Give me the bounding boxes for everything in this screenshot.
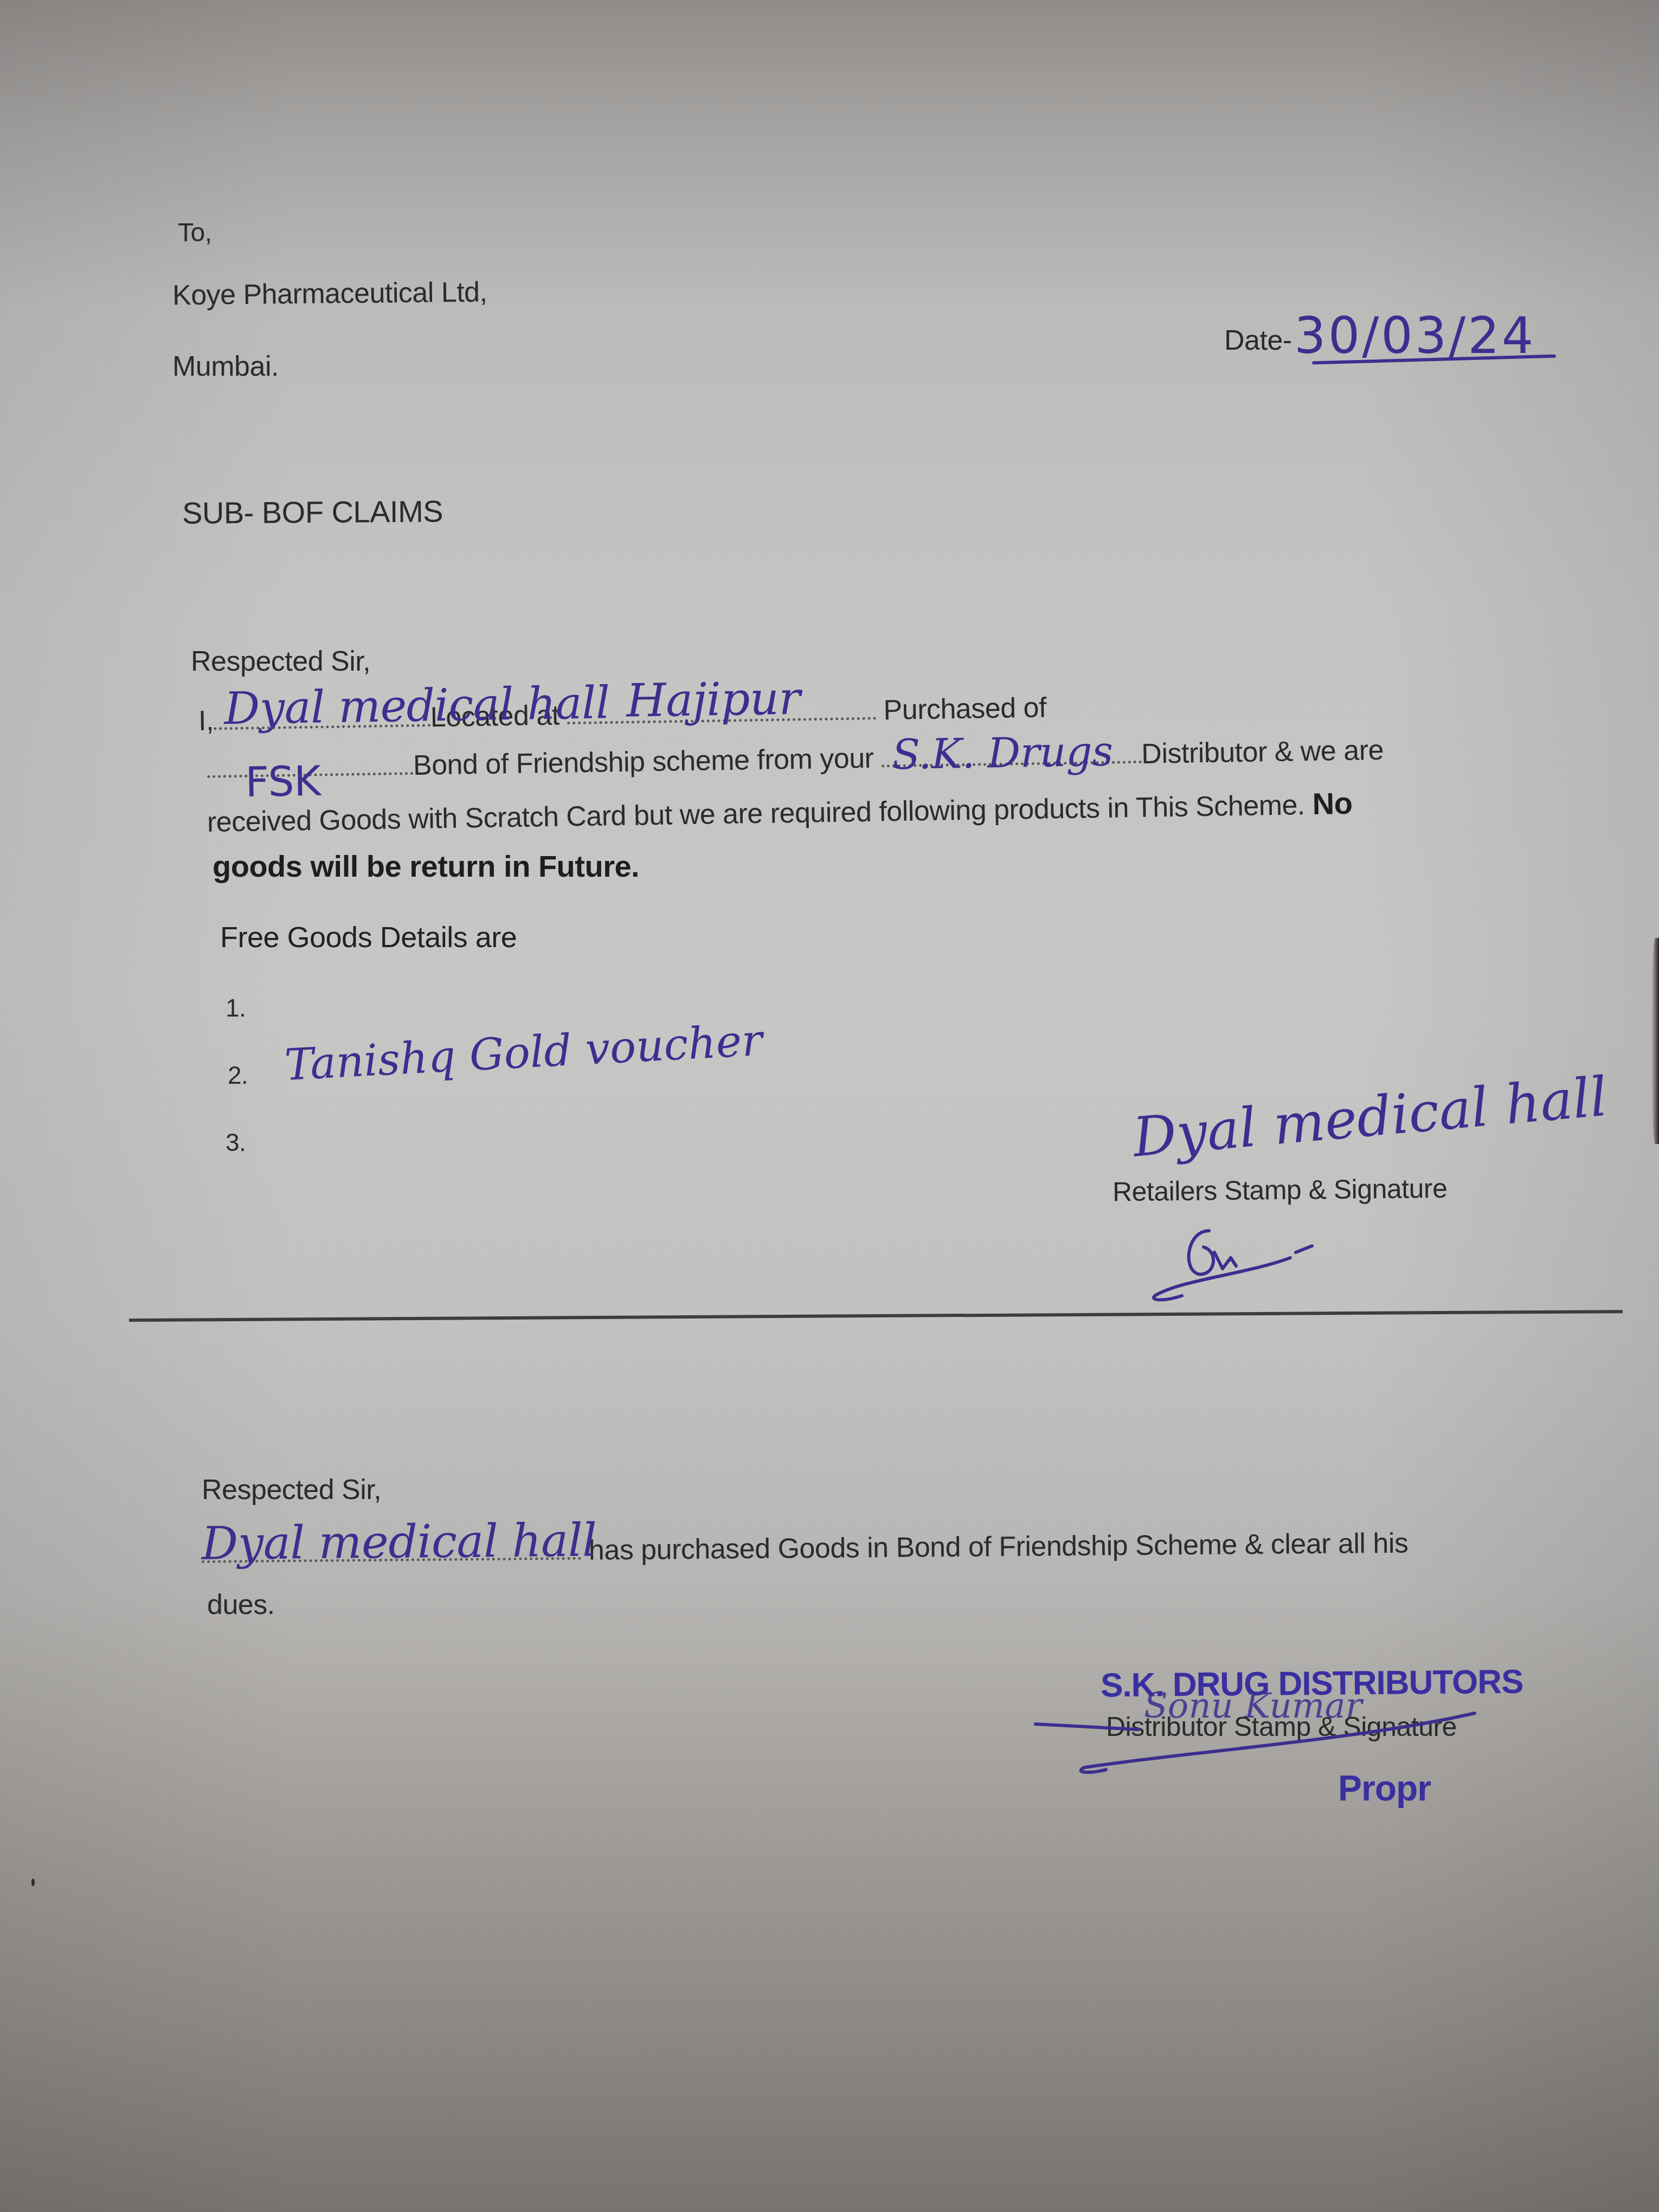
- free-goods-item-2: Tanishq Gold voucher: [284, 1015, 764, 1090]
- free-goods-heading: Free Goods Details are: [220, 921, 517, 954]
- distributor-statement-end: dues.: [207, 1589, 275, 1621]
- line3-text: received Goods with Scratch Card but we …: [207, 789, 1306, 838]
- distributor-signature-stroke: [1030, 1702, 1518, 1773]
- recipient-city: Mumbai.: [172, 350, 279, 383]
- retailer-signature-label: Retailers Stamp & Signature: [1113, 1173, 1448, 1207]
- page-edge-shadow: [1651, 938, 1659, 1144]
- retailer-name-handwritten: Dyal medical hall: [224, 677, 610, 735]
- date-label: Date-: [1224, 325, 1292, 356]
- line1-prefix: I,: [198, 705, 214, 737]
- distributor-stamp-role: Propr: [1338, 1767, 1431, 1809]
- distributor-statement-line: Dyal medical hall has purchased Goods in…: [202, 1527, 1409, 1570]
- purchased-of-label: Purchased of: [883, 692, 1046, 726]
- retailer-greeting: Respected Sir,: [191, 645, 370, 678]
- subject-line: SUB- BOF CLAIMS: [182, 493, 443, 530]
- claim-line-4: goods will be return in Future.: [213, 848, 639, 884]
- line2-suffix: Distributor & we are: [1141, 735, 1384, 770]
- date-field: Date- 30/03/24: [1224, 304, 1535, 362]
- distributor-handwritten: S.K. Drugs: [892, 727, 1114, 779]
- retailer-name-field-2: Dyal medical hall: [202, 1546, 581, 1563]
- line3-bold: No: [1312, 786, 1353, 821]
- scheme-qty-field: FSK: [207, 761, 413, 778]
- paper-speck: [31, 1879, 35, 1886]
- section-divider: [129, 1310, 1623, 1322]
- line2-mid: Bond of Friendship scheme from your: [413, 743, 873, 781]
- scheme-qty-handwritten: FSK: [245, 757, 321, 806]
- free-goods-item-1-number: 1.: [226, 993, 246, 1023]
- distributor-greeting: Respected Sir,: [202, 1474, 381, 1506]
- free-goods-item-2-number: 2.: [228, 1060, 248, 1090]
- retailer-signature-handwritten: Dyal medical hall: [1130, 1065, 1610, 1169]
- claim-line-3: received Goods with Scratch Card but we …: [207, 786, 1352, 839]
- distributor-field: S.K. Drugs: [881, 750, 1141, 768]
- location-handwritten: Hajipur: [626, 672, 800, 728]
- distributor-statement: has purchased Goods in Bond of Friendshi…: [589, 1528, 1409, 1566]
- location-field: Hajipur: [567, 706, 876, 724]
- retailer-name-field: Dyal medical hall: [214, 713, 430, 730]
- salutation-to: To,: [178, 218, 212, 248]
- distributor-section-retailer-name: Dyal medical hall: [201, 1514, 596, 1570]
- claim-line-2: FSKBond of Friendship scheme from your S…: [207, 734, 1384, 785]
- free-goods-item-3-number: 3.: [226, 1128, 246, 1157]
- retailer-initials-signature: [1149, 1220, 1345, 1307]
- recipient-company: Koye Pharmaceutical Ltd,: [172, 276, 487, 312]
